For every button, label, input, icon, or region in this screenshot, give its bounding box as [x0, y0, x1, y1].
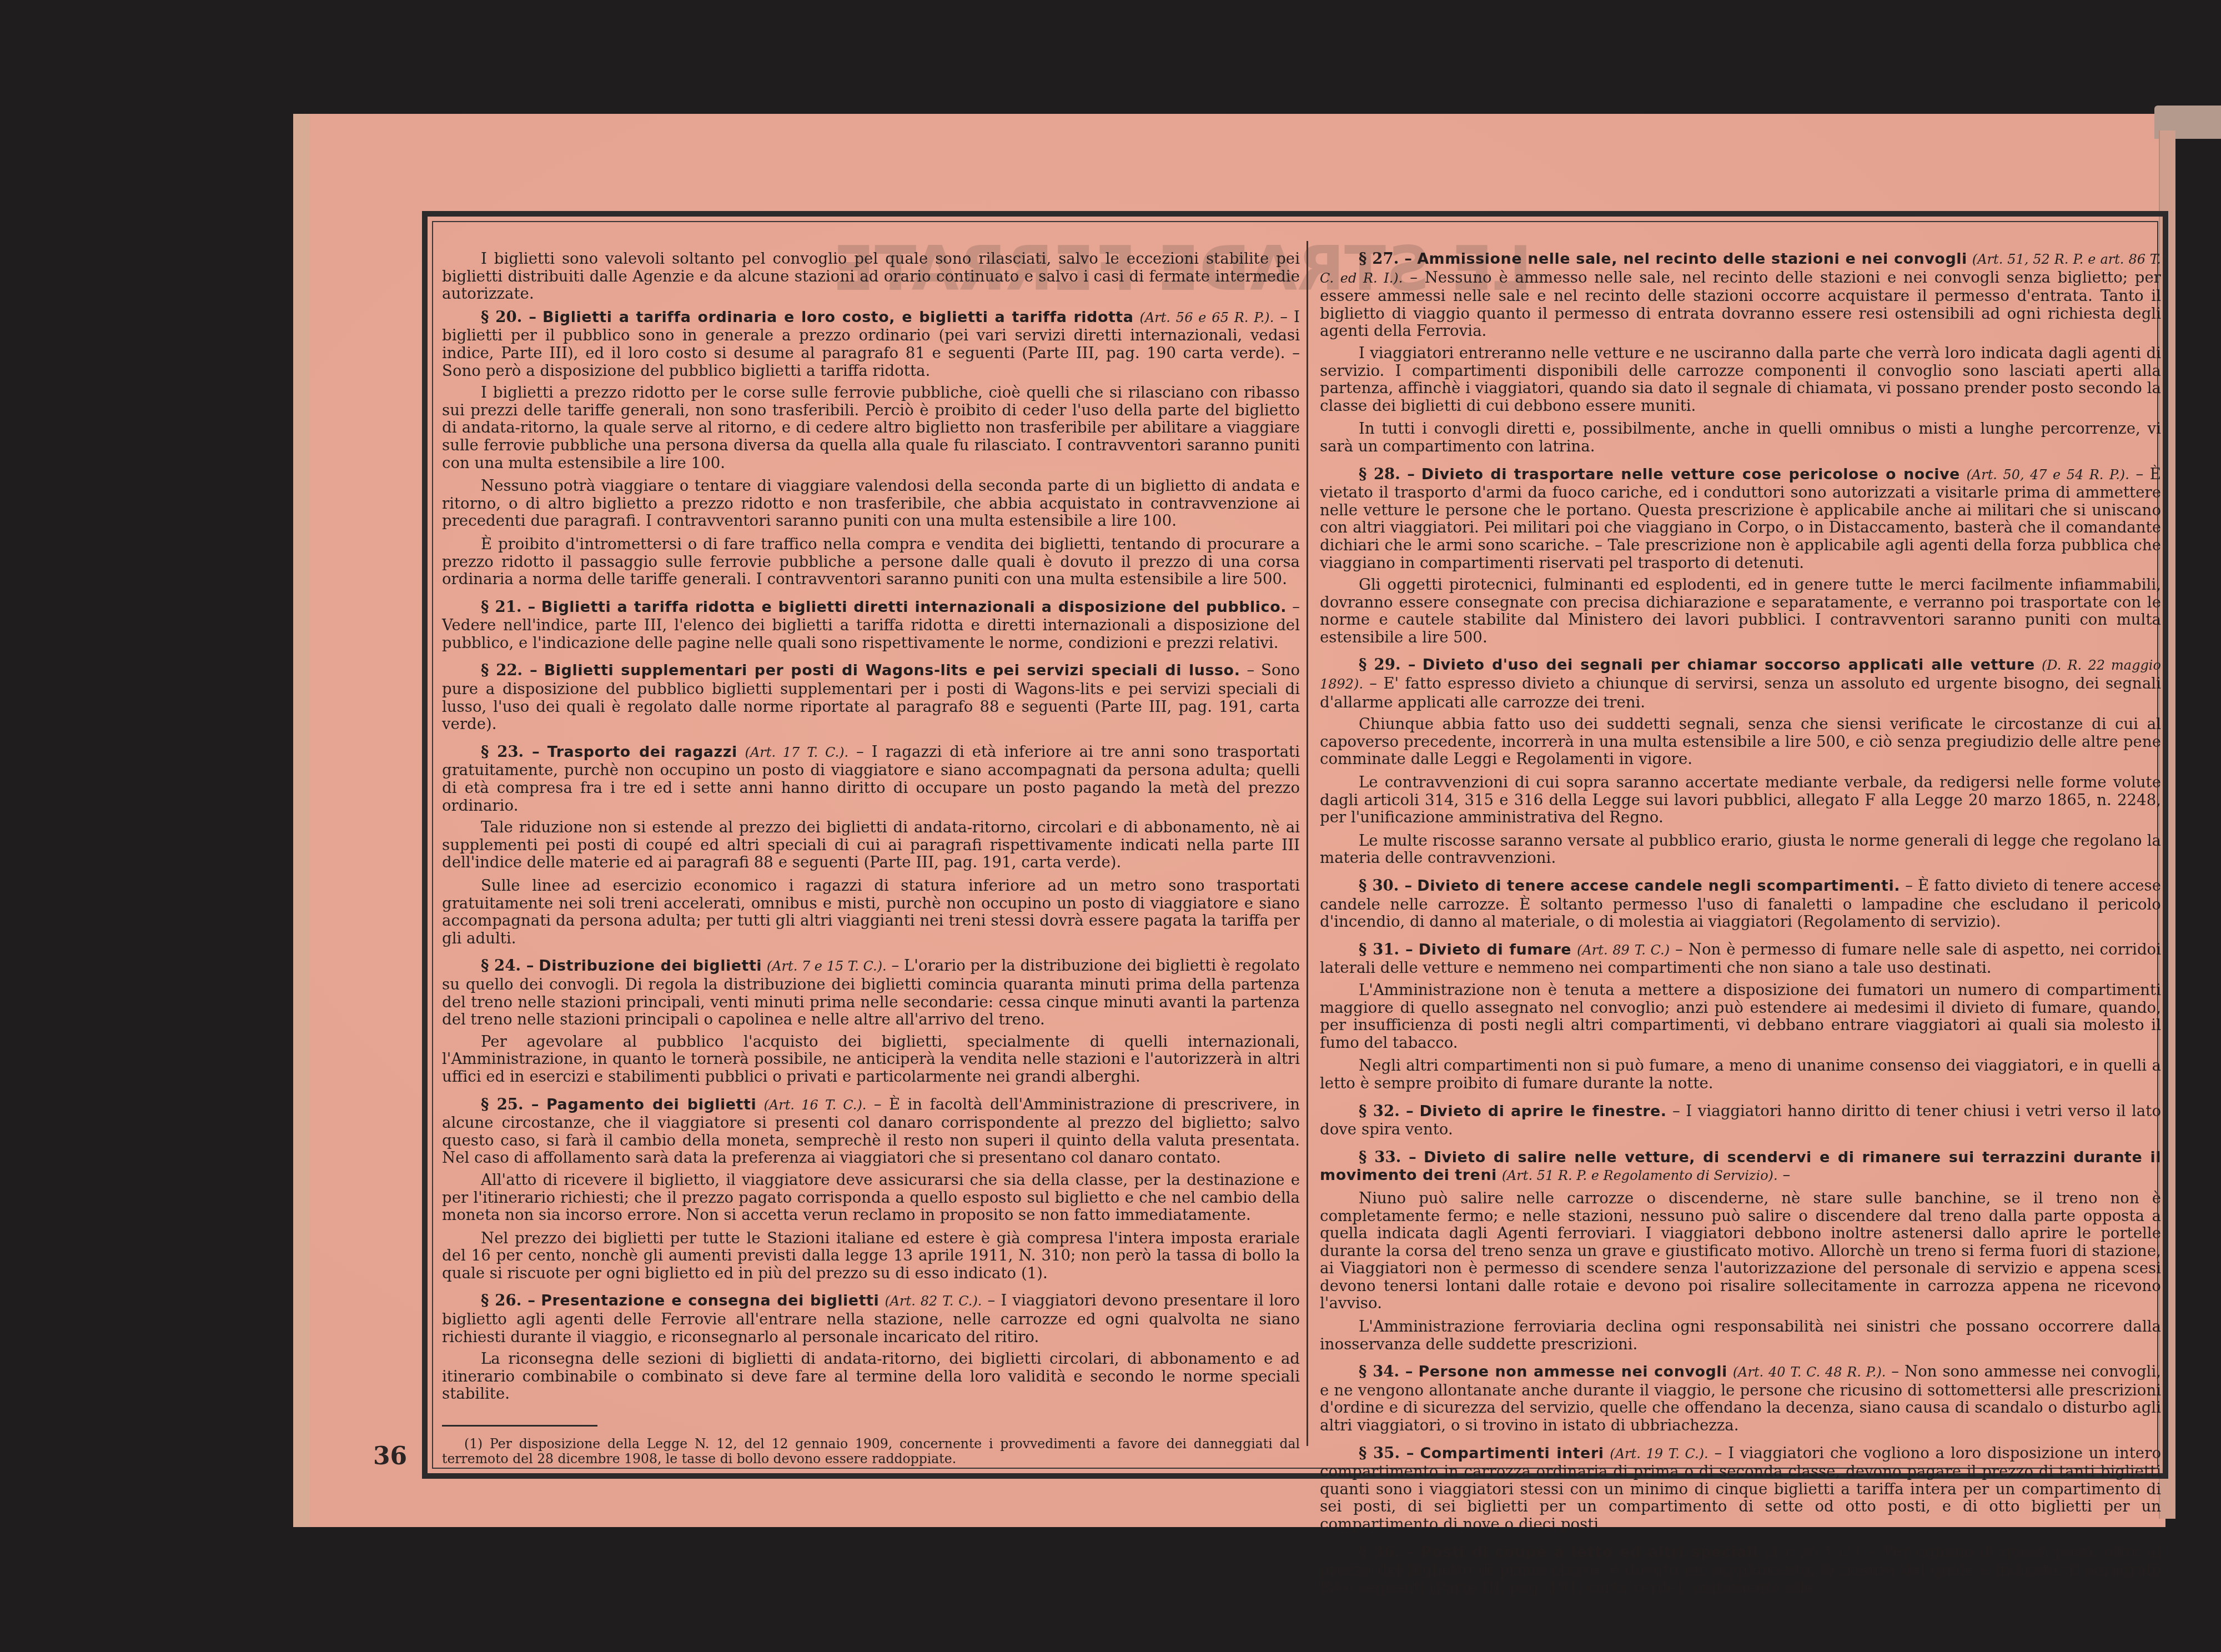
- section-number: § 31. –: [1359, 940, 1413, 958]
- section-number: § 35. –: [1359, 1444, 1414, 1462]
- section-paragraph: § 32. – Divieto di aprire le finestre. –…: [1320, 1102, 2161, 1138]
- section-number: § 32. –: [1359, 1102, 1414, 1120]
- body-paragraph: Negli altri compartimenti non si può fum…: [1320, 1057, 2161, 1092]
- body-paragraph: Nel prezzo dei biglietti per tutte le St…: [442, 1229, 1300, 1282]
- body-paragraph: Chiunque abbia fatto uso dei suddetti se…: [1320, 715, 2161, 768]
- body-paragraph: Niuno può salire nelle carrozze o discen…: [1320, 1189, 2161, 1312]
- section-number: § 27. –: [1359, 249, 1412, 268]
- section-paragraph: § 36. – Posti di coupé a letto ed altri …: [1320, 1543, 2161, 1597]
- section-title: Divieto di trasportare nelle vetture cos…: [1421, 466, 1960, 483]
- section-paragraph: § 23. – Trasporto dei ragazzi (Art. 17 T…: [442, 743, 1300, 814]
- body-paragraph: L'Amministrazione non è tenuta a mettere…: [1320, 981, 2161, 1051]
- section-reference: (Art. 19 T. C.).: [1610, 1446, 1708, 1462]
- section-reference: (Art. 51 R. P. e Regolamento di Servizio…: [1502, 1168, 1778, 1183]
- body-paragraph: Nessuno potrà viaggiare o tentare di via…: [442, 477, 1300, 530]
- footnote-rule: [442, 1425, 597, 1427]
- section-title: Distribuzione dei biglietti: [539, 957, 762, 975]
- body-paragraph: I viaggiatori entreranno nelle vetture e…: [1320, 344, 2161, 414]
- section-number: § 29. –: [1359, 655, 1416, 674]
- section-paragraph: § 29. – Divieto d'uso dei segnali per ch…: [1320, 656, 2161, 711]
- section-number: § 24. –: [481, 956, 534, 975]
- section-title: Biglietti a tariffa ridotta e biglietti …: [541, 599, 1287, 616]
- section-text: – E' fatto espresso divieto a chiunque d…: [1320, 674, 2161, 711]
- section-reference: (Art. 20 T. C.).: [1764, 1545, 1863, 1560]
- body-paragraph: Per agevolare al pubblico l'acquisto dei…: [442, 1033, 1300, 1086]
- body-paragraph: Gli oggetti pirotecnici, fulminanti ed e…: [1320, 576, 2161, 646]
- body-paragraph: Sulle linee ad esercizio economico i rag…: [442, 877, 1300, 947]
- section-number: § 20. –: [481, 308, 536, 326]
- body-paragraph: L'Amministrazione ferroviaria declina og…: [1320, 1318, 2161, 1353]
- section-title: Trasporto dei ragazzi: [547, 744, 737, 761]
- section-paragraph: § 24. – Distribuzione dei biglietti (Art…: [442, 957, 1300, 1028]
- body-paragraph: Tale riduzione non si estende al prezzo …: [442, 819, 1300, 871]
- left-column: I biglietti sono valevoli soltanto pel c…: [442, 250, 1300, 1467]
- section-paragraph: § 26. – Presentazione e consegna dei big…: [442, 1292, 1300, 1345]
- section-paragraph: § 21. – Biglietti a tariffa ridotta e bi…: [442, 598, 1300, 652]
- section-reference: (Art. 16 T. C.).: [764, 1097, 867, 1113]
- body-paragraph: Le contravvenzioni di cui sopra saranno …: [1320, 774, 2161, 826]
- section-number: § 25. –: [481, 1095, 539, 1113]
- section-paragraph: § 31. – Divieto di fumare (Art. 89 T. C.…: [1320, 941, 2161, 977]
- intro-paragraph: I biglietti sono valevoli soltanto pel c…: [442, 250, 1300, 303]
- section-title: Persone non ammesse nei convogli: [1419, 1363, 1727, 1380]
- section-paragraph: § 27. – Ammissione nelle sale, nel recin…: [1320, 250, 2161, 340]
- section-title: Divieto di aprire le finestre.: [1419, 1103, 1666, 1120]
- section-reference: (Art. 50, 47 e 54 R. P.).: [1966, 467, 2129, 483]
- section-title: Biglietti supplementari per posti di Wag…: [544, 662, 1240, 679]
- section-paragraph: § 33. – Divieto di salire nelle vetture,…: [1320, 1148, 2161, 1185]
- section-reference: (Art. 56 e 65 R. P.).: [1140, 310, 1274, 325]
- section-text: –: [1782, 1166, 1790, 1184]
- section-paragraph: § 22. – Biglietti supplementari per post…: [442, 661, 1300, 732]
- column-divider: [1307, 241, 1308, 1446]
- section-title: Divieto d'uso dei segnali per chiamar so…: [1423, 656, 2035, 674]
- text-frame: I biglietti sono valevoli soltanto pel c…: [422, 211, 2168, 1479]
- section-title: Ammissione nelle sale, nel recinto delle…: [1417, 250, 1967, 268]
- section-paragraph: § 25. – Pagamento dei biglietti (Art. 16…: [442, 1096, 1300, 1167]
- section-paragraph: § 20. – Biglietti a tariffa ordinaria e …: [442, 308, 1300, 379]
- section-paragraph: § 30. – Divieto di tenere accese candele…: [1320, 877, 2161, 931]
- section-number: § 33. –: [1359, 1148, 1416, 1166]
- section-title: Posti di coupé a letto ed altri speciali: [1421, 1544, 1758, 1561]
- footnote: (1) Per disposizione della Legge N. 12, …: [442, 1437, 1300, 1467]
- section-number: § 34. –: [1359, 1362, 1413, 1380]
- section-number: § 23. –: [481, 742, 540, 761]
- section-reference: (Art. 40 T. C. 48 R. P.).: [1733, 1364, 1886, 1380]
- section-title: Presentazione e consegna dei biglietti: [541, 1292, 879, 1309]
- section-title: Divieto di fumare: [1419, 941, 1571, 958]
- body-paragraph: Le multe riscosse saranno versate al pub…: [1320, 832, 2161, 867]
- body-paragraph: È proibito d'intromettersi o di fare tra…: [442, 535, 1300, 588]
- section-number: § 26. –: [481, 1291, 535, 1309]
- section-number: § 30. –: [1359, 876, 1412, 895]
- section-paragraph: § 28. – Divieto di trasportare nelle vet…: [1320, 465, 2161, 572]
- section-title: Biglietti a tariffa ordinaria e loro cos…: [542, 309, 1134, 326]
- section-title: Divieto di tenere accese candele negli s…: [1417, 877, 1900, 895]
- section-reference: (Art. 17 T. C.).: [745, 745, 849, 760]
- right-column: § 27. – Ammissione nelle sale, nel recin…: [1320, 250, 2161, 1601]
- section-title: Pagamento dei biglietti: [546, 1096, 756, 1113]
- section-paragraph: § 34. – Persone non ammesse nei convogli…: [1320, 1363, 2161, 1434]
- section-title: Compartimenti interi: [1420, 1445, 1604, 1462]
- section-paragraph: § 35. – Compartimenti interi (Art. 19 T.…: [1320, 1444, 2161, 1533]
- section-reference: (Art. 89 T. C.): [1577, 942, 1670, 958]
- body-paragraph: In tutti i convogli diretti e, possibilm…: [1320, 420, 2161, 455]
- body-paragraph: All'atto di ricevere il biglietto, il vi…: [442, 1171, 1300, 1224]
- section-reference: (Art. 82 T. C.).: [885, 1293, 982, 1309]
- section-text: – Nessuno è ammesso nelle sale, nel reci…: [1320, 268, 2161, 340]
- page-number: 36: [373, 1442, 407, 1470]
- section-reference: (Art. 7 e 15 T. C.).: [767, 958, 887, 974]
- body-paragraph: I biglietti a prezzo ridotto per le cors…: [442, 384, 1300, 471]
- section-number: § 21. –: [481, 597, 535, 616]
- section-number: § 22. –: [481, 661, 537, 679]
- section-number: § 28. –: [1359, 465, 1415, 483]
- section-number: § 36. –: [1359, 1543, 1415, 1561]
- body-paragraph: La riconsegna delle sezioni di biglietti…: [442, 1350, 1300, 1403]
